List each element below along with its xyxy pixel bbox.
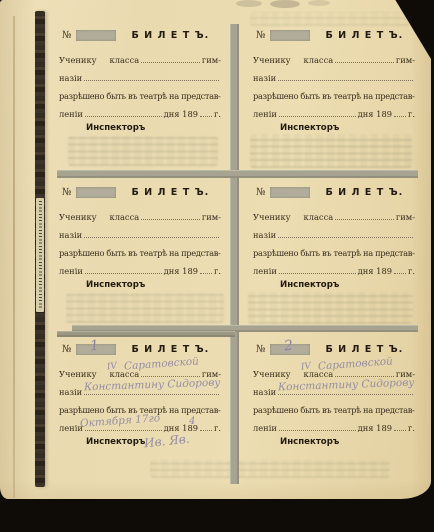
label-gym-prefix: гим- <box>396 369 415 379</box>
dotted-fill-line <box>279 430 356 431</box>
line-permission: разрѣшено быть въ театрѣ на представ- <box>56 83 224 101</box>
dotted-fill-line <box>84 394 219 395</box>
label-permission: разрѣшено быть въ театрѣ на представ- <box>253 248 414 258</box>
label-performance-suffix: леніи <box>59 423 83 433</box>
label-class: класса <box>110 212 140 222</box>
line-permission: разрѣшено быть въ театрѣ на представ- <box>250 83 418 101</box>
label-day-189: дня 189 <box>164 109 198 119</box>
label-gym-suffix: назіи <box>253 230 276 240</box>
dotted-fill-line <box>335 376 394 377</box>
ticket-header: № Б И Л Е Т Ъ. <box>62 185 224 200</box>
label-class: класса <box>304 369 334 379</box>
label-permission: разрѣшено быть въ театрѣ на представ- <box>253 91 414 101</box>
line-performance-date: леніи дня 189 г. <box>56 258 224 276</box>
dotted-fill-line-short <box>200 273 212 274</box>
dotted-fill-line <box>278 80 413 81</box>
ticket-number-stamp-box <box>270 187 310 198</box>
line-student-class: Ученику класса гим- <box>250 361 418 379</box>
label-gym-prefix: гим- <box>202 369 221 379</box>
dotted-fill-line <box>335 62 394 63</box>
label-permission: разрѣшено быть въ театрѣ на представ- <box>59 91 220 101</box>
label-class: класса <box>304 212 334 222</box>
label-performance-suffix: леніи <box>253 109 277 119</box>
dotted-fill-line <box>278 394 413 395</box>
label-inspector: Инспекторъ <box>280 280 418 290</box>
scan-background: { "form": { "number_sign": "№", "title":… <box>0 0 434 532</box>
label-year-suffix: г. <box>408 423 415 433</box>
label-permission: разрѣшено быть въ театрѣ на представ- <box>59 405 220 415</box>
line-student-class: Ученику класса гим- <box>56 204 224 222</box>
dotted-fill-line <box>141 376 200 377</box>
ticket: № Б И Л Е Т Ъ. Ученику класса гим- назіи… <box>250 185 418 303</box>
ticket-title: Б И Л Е Т Ъ. <box>325 187 403 198</box>
line-permission: разрѣшено быть въ театрѣ на представ- <box>56 240 224 258</box>
label-class: класса <box>304 55 334 65</box>
ticket-title: Б И Л Е Т Ъ. <box>131 344 209 355</box>
label-day-189: дня 189 <box>358 266 392 276</box>
label-inspector: Инспекторъ <box>86 123 224 133</box>
label-year-suffix: г. <box>214 423 221 433</box>
label-gym-prefix: гим- <box>396 212 415 222</box>
page-fold-crease <box>13 16 15 498</box>
line-gymnasium: назіи <box>250 65 418 83</box>
line-gymnasium: назіи <box>250 222 418 240</box>
line-student-class: Ученику класса гим- <box>250 204 418 222</box>
line-permission: разрѣшено быть въ театрѣ на представ- <box>56 397 224 415</box>
label-performance-suffix: леніи <box>59 109 83 119</box>
dotted-fill-line <box>141 62 200 63</box>
label-day-189: дня 189 <box>358 423 392 433</box>
ticket-title: Б И Л Е Т Ъ. <box>325 30 403 41</box>
label-day-189: дня 189 <box>358 109 392 119</box>
label-gym-suffix: назіи <box>59 230 82 240</box>
ticket-header: № Б И Л Е Т Ъ. <box>256 342 418 357</box>
label-gym-prefix: гим- <box>202 212 221 222</box>
line-permission: разрѣшено быть въ театрѣ на представ- <box>250 240 418 258</box>
line-student-class: Ученику класса гим- <box>56 361 224 379</box>
line-performance-date: леніи дня 189 г. <box>56 101 224 119</box>
label-permission: разрѣшено быть въ театрѣ на представ- <box>59 248 220 258</box>
dotted-fill-line-short <box>394 116 406 117</box>
label-student: Ученику <box>59 212 97 222</box>
dotted-fill-line-short <box>200 430 212 431</box>
ticket-number-stamp-box <box>76 344 116 355</box>
ticket-number-stamp-box <box>76 187 116 198</box>
label-year-suffix: г. <box>214 109 221 119</box>
book-edge-blob <box>270 0 300 8</box>
label-performance-suffix: леніи <box>59 266 83 276</box>
label-student: Ученику <box>253 369 291 379</box>
dotted-fill-line-short <box>200 116 212 117</box>
ticket-header: № Б И Л Е Т Ъ. <box>62 342 224 357</box>
line-performance-date: леніи дня 189 г. <box>250 415 418 433</box>
label-year-suffix: г. <box>214 266 221 276</box>
ink-bleed-through <box>150 460 390 478</box>
label-performance-suffix: леніи <box>253 423 277 433</box>
book-edge-blob <box>236 0 262 7</box>
ticket: № Б И Л Е Т Ъ. Ученику класса гим- назіи… <box>250 342 418 460</box>
line-permission: разрѣшено быть въ театрѣ на представ- <box>250 397 418 415</box>
label-gym-suffix: назіи <box>59 73 82 83</box>
label-student: Ученику <box>253 212 291 222</box>
dotted-fill-line <box>85 116 162 117</box>
dotted-fill-line <box>279 116 356 117</box>
dotted-fill-line <box>335 219 394 220</box>
numero-sign: № <box>62 30 71 41</box>
ticket: № Б И Л Е Т Ъ. Ученику класса гим- назіи… <box>250 28 418 146</box>
numero-sign: № <box>256 344 265 355</box>
ticket-header: № Б И Л Е Т Ъ. <box>256 28 418 43</box>
label-class: класса <box>110 55 140 65</box>
label-inspector: Инспекторъ <box>280 123 418 133</box>
ticket-title: Б И Л Е Т Ъ. <box>131 30 209 41</box>
label-class: класса <box>110 369 140 379</box>
line-gymnasium: назіи <box>56 379 224 397</box>
dotted-fill-line <box>278 237 413 238</box>
line-performance-date: леніи дня 189 г. <box>250 258 418 276</box>
line-gymnasium: назіи <box>56 222 224 240</box>
label-permission: разрѣшено быть въ театрѣ на представ- <box>253 405 414 415</box>
label-year-suffix: г. <box>408 266 415 276</box>
label-inspector: Инспекторъ <box>86 280 224 290</box>
tickets-grid: № Б И Л Е Т Ъ. Ученику класса гим- назіи… <box>56 28 418 460</box>
ticket-number-stamp-box <box>270 30 310 41</box>
ticket-number-stamp-box <box>76 30 116 41</box>
ticket-number-stamp-box <box>270 344 310 355</box>
label-gym-suffix: назіи <box>253 73 276 83</box>
ticket-header: № Б И Л Е Т Ъ. <box>62 28 224 43</box>
dotted-fill-line <box>279 273 356 274</box>
dotted-fill-line-short <box>394 273 406 274</box>
label-day-189: дня 189 <box>164 266 198 276</box>
label-student: Ученику <box>59 55 97 65</box>
line-gymnasium: назіи <box>250 379 418 397</box>
ink-bleed-through <box>250 12 410 26</box>
ticket: № Б И Л Е Т Ъ. Ученику класса гим- назіи… <box>56 28 224 146</box>
ticket-header: № Б И Л Е Т Ъ. <box>256 185 418 200</box>
line-student-class: Ученику класса гим- <box>250 47 418 65</box>
numero-sign: № <box>62 344 71 355</box>
ticket: № Б И Л Е Т Ъ. Ученику класса гим- назіи… <box>56 342 224 460</box>
label-performance-suffix: леніи <box>253 266 277 276</box>
ticket-title: Б И Л Е Т Ъ. <box>325 344 403 355</box>
label-gym-prefix: гим- <box>396 55 415 65</box>
numero-sign: № <box>256 30 265 41</box>
ticket-title: Б И Л Е Т Ъ. <box>131 187 209 198</box>
label-inspector: Инспекторъ <box>86 437 224 447</box>
numero-sign: № <box>62 187 71 198</box>
dotted-fill-line <box>84 80 219 81</box>
dotted-fill-line <box>141 219 200 220</box>
label-student: Ученику <box>253 55 291 65</box>
ticket: № Б И Л Е Т Ъ. Ученику класса гим- назіи… <box>56 185 224 303</box>
line-performance-date: леніи дня 189 г. <box>56 415 224 433</box>
label-day-189: дня 189 <box>164 423 198 433</box>
label-gym-suffix: назіи <box>253 387 276 397</box>
spine-stamp-label <box>36 198 44 312</box>
label-student: Ученику <box>59 369 97 379</box>
label-year-suffix: г. <box>408 109 415 119</box>
line-performance-date: леніи дня 189 г. <box>250 101 418 119</box>
label-gym-prefix: гим- <box>202 55 221 65</box>
book-edge-blob <box>308 0 330 6</box>
label-gym-suffix: назіи <box>59 387 82 397</box>
dotted-fill-line <box>85 430 162 431</box>
dotted-fill-line-short <box>394 430 406 431</box>
dotted-fill-line <box>84 237 219 238</box>
line-gymnasium: назіи <box>56 65 224 83</box>
numero-sign: № <box>256 187 265 198</box>
line-student-class: Ученику класса гим- <box>56 47 224 65</box>
dotted-fill-line <box>85 273 162 274</box>
label-inspector: Инспекторъ <box>280 437 418 447</box>
